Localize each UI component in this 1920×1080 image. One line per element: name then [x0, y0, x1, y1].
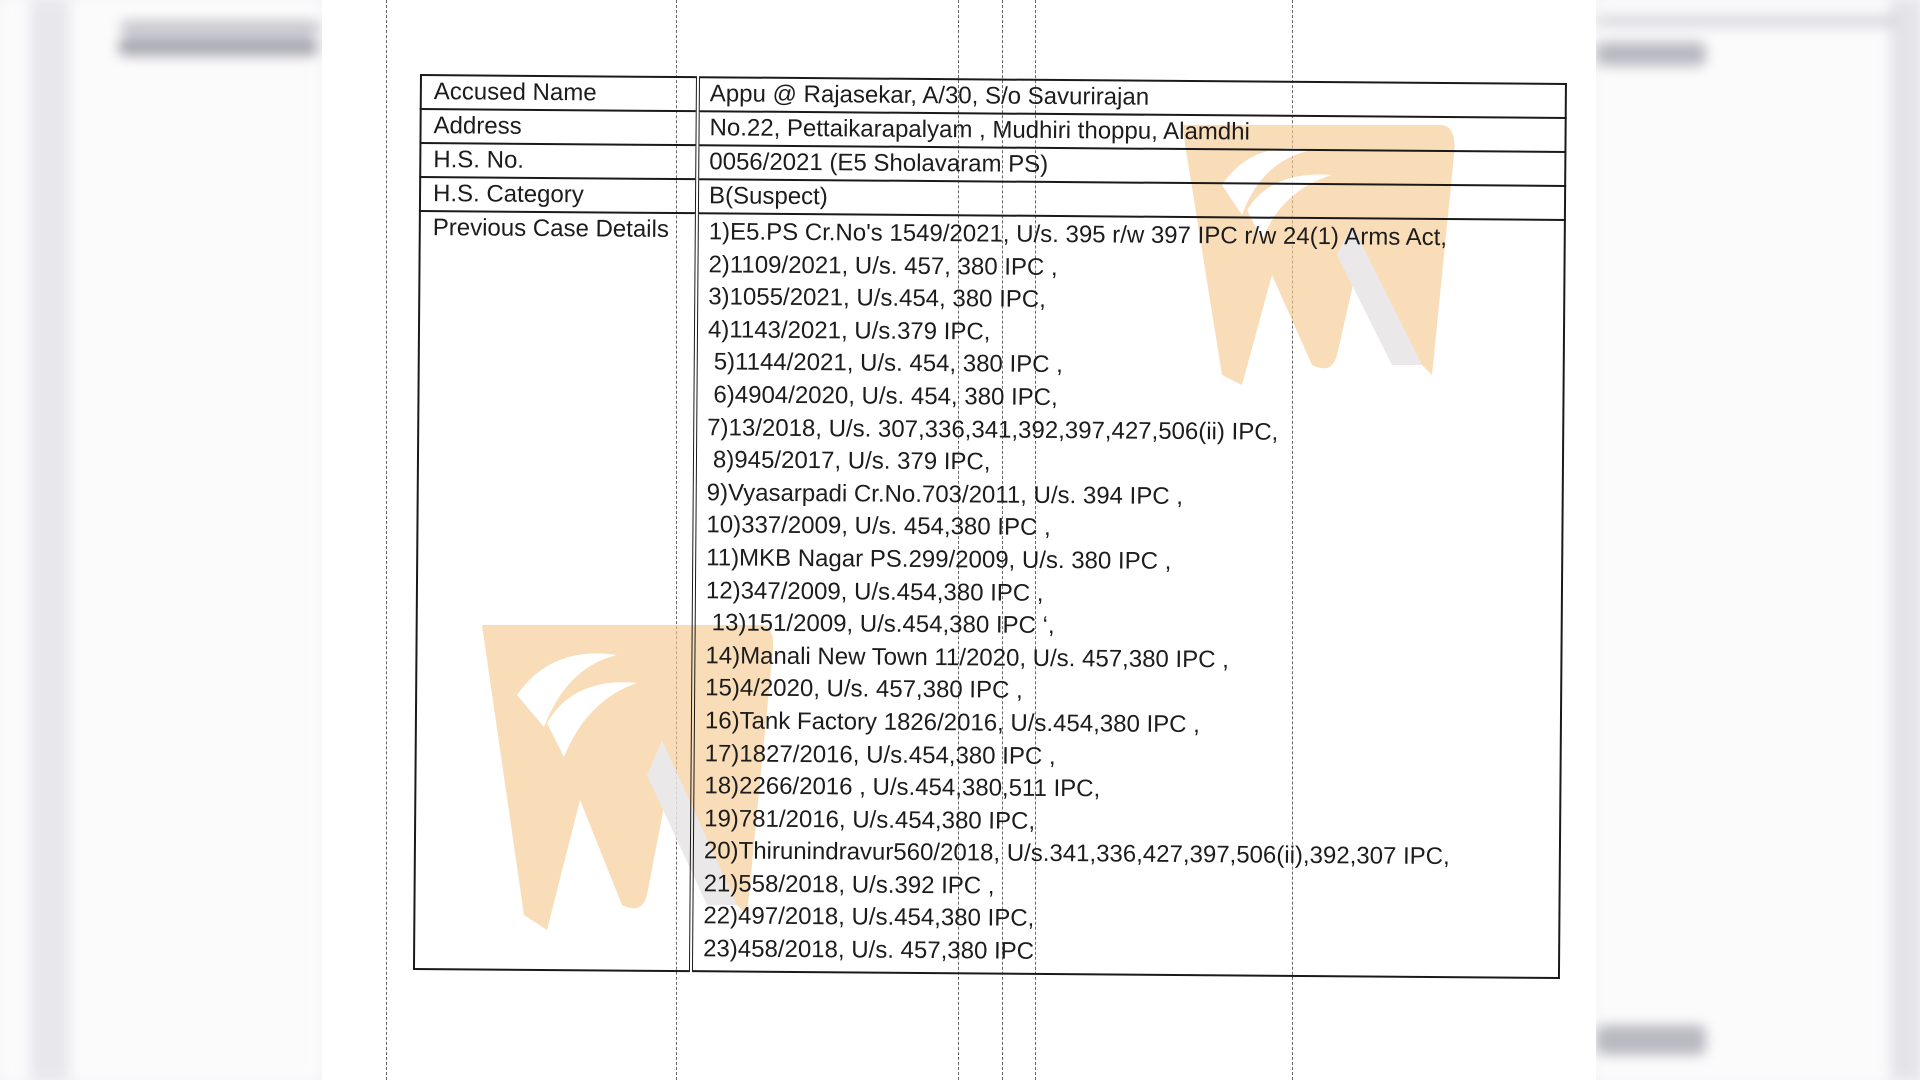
blur-stripe: [30, 0, 70, 1080]
accused-name-label: Accused Name: [421, 75, 698, 111]
previous-cases-cell: 1)E5.PS Cr.No's 1549/2021, U/s. 395 r/w …: [691, 213, 1565, 977]
blurred-text: [118, 38, 318, 56]
blurred-background-left: [0, 0, 322, 1080]
previous-cases-label: Previous Case Details: [414, 211, 697, 971]
blurred-text: [120, 20, 320, 36]
blur-stripe: [1890, 0, 1920, 1080]
blurred-text: [1596, 1025, 1706, 1055]
blurred-background-right: [1596, 0, 1920, 1080]
blurred-text: [1596, 14, 1896, 28]
list-item: 23)458/2018, U/s. 457,380 IPC: [703, 933, 1548, 972]
blurred-text: [1596, 42, 1706, 66]
hs-category-label: H.S. Category: [420, 177, 697, 213]
hs-no-label: H.S. No.: [420, 143, 697, 179]
document-page: Accused Name Appu @ Rajasekar, A/30, S/o…: [322, 0, 1596, 1080]
table-row: Previous Case Details 1)E5.PS Cr.No's 15…: [414, 211, 1565, 978]
previous-cases-list: 1)E5.PS Cr.No's 1549/2021, U/s. 395 r/w …: [703, 214, 1554, 976]
fold-line: [386, 0, 387, 1080]
address-label: Address: [420, 109, 697, 145]
accused-record-table: Accused Name Appu @ Rajasekar, A/30, S/o…: [413, 74, 1567, 979]
